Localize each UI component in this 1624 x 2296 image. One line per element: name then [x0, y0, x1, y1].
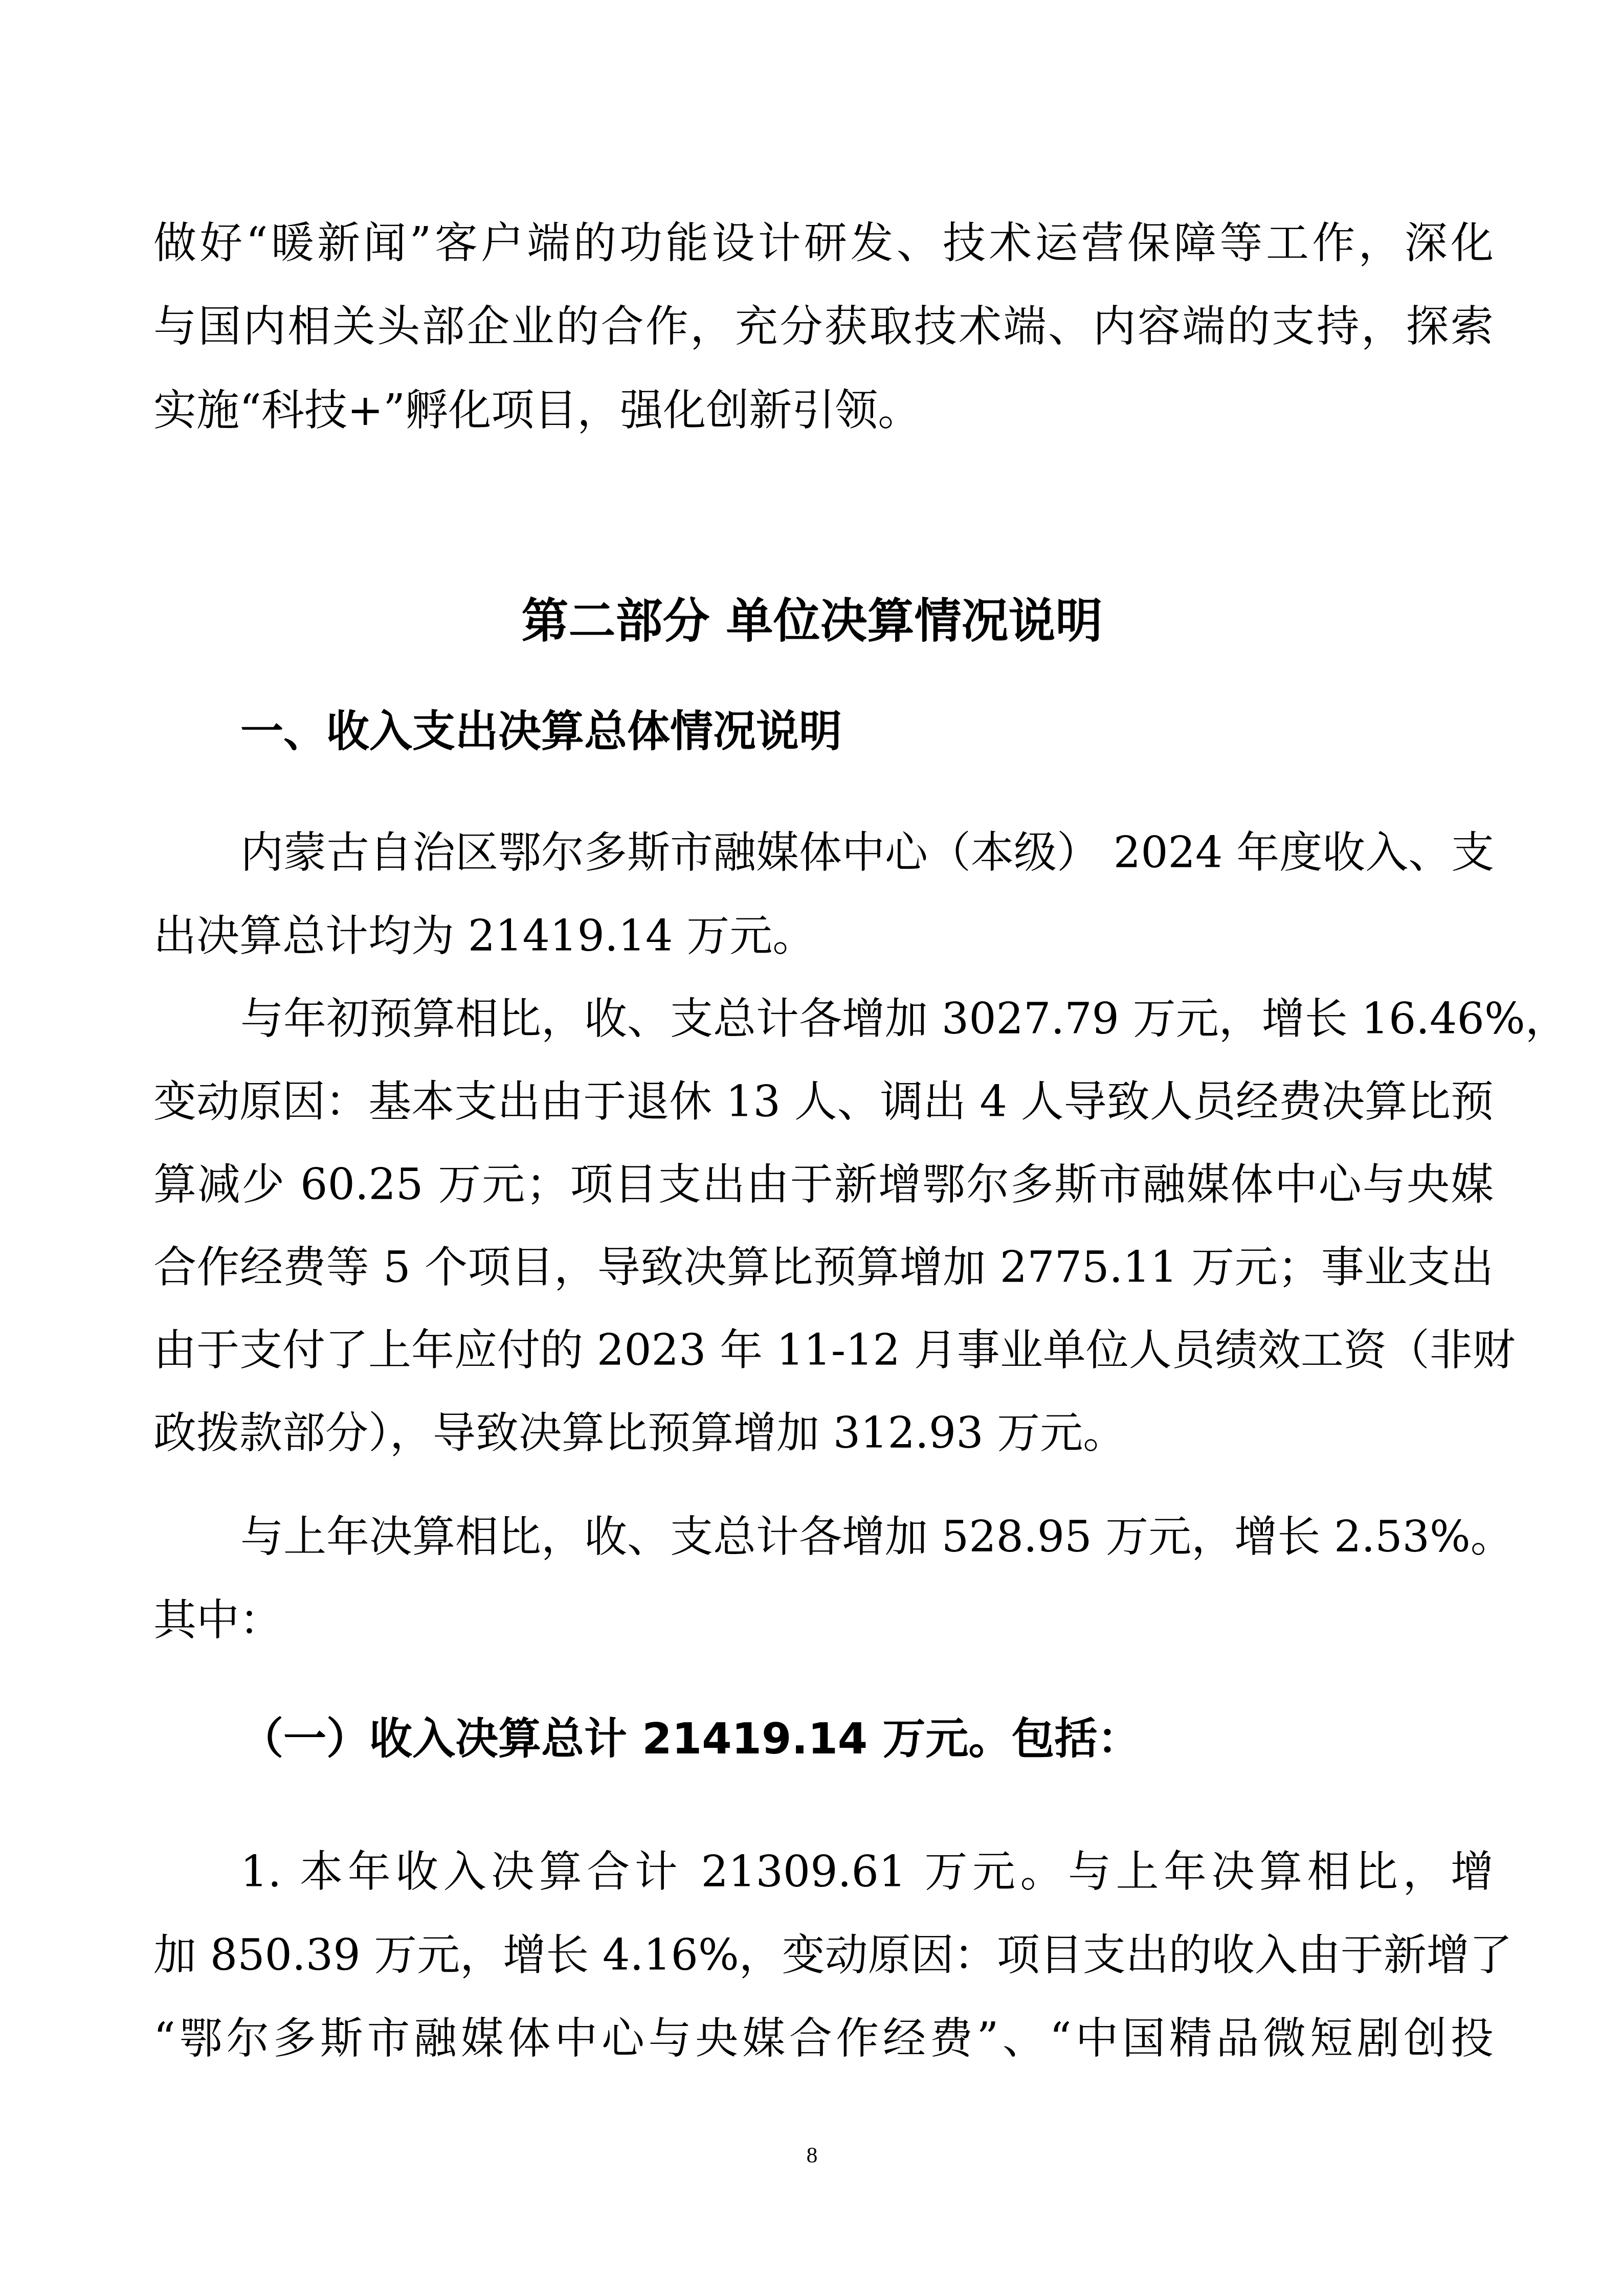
body-text-line: 其中： — [153, 1594, 1494, 1646]
body-text-line: 政拨款部分），导致决算比预算增加 312.93 万元。 — [153, 1407, 1494, 1458]
body-text-line: 变动原因：基本支出由于退休 13 人、调出 4 人导致人员经费决算比预 — [153, 1076, 1494, 1127]
body-text-line: 1. 本年收入决算合计 21309.61 万元。与上年决算相比，增 — [240, 1846, 1494, 1897]
body-text-line: 合作经费等 5 个项目，导致决算比预算增加 2775.11 万元；事业支出 — [153, 1242, 1494, 1293]
body-text-line: “鄂尔多斯市融媒体中心与央媒合作经费”、“中国精品微短剧创投 — [153, 2013, 1494, 2064]
body-text-line: 加 850.39 万元，增长 4.16%，变动原因：项目支出的收入由于新增了 — [153, 1929, 1494, 1980]
section-title: 第二部分 单位决算情况说明 — [0, 593, 1624, 649]
heading-income-expense-overview: 一、收入支出决算总体情况说明 — [240, 706, 842, 757]
body-text-line: 与上年决算相比，收、支总计各增加 528.95 万元，增长 2.53%。 — [240, 1511, 1494, 1562]
body-text-line: 内蒙古自治区鄂尔多斯市融媒体中心（本级） 2024 年度收入、支 — [240, 827, 1494, 878]
body-text-line: 与年初预算相比，收、支总计各增加 3027.79 万元，增长 16.46%， — [240, 993, 1494, 1044]
body-text-line: 出决算总计均为 21419.14 万元。 — [153, 910, 1494, 961]
body-text-line: 算减少 60.25 万元；项目支出由于新增鄂尔多斯市融媒体中心与央媒 — [153, 1159, 1494, 1210]
body-text-line: 实施“科技+”孵化项目，强化创新引领。 — [153, 385, 1494, 436]
body-text-line: 做好“暖新闻”客户端的功能设计研发、技术运营保障等工作，深化 — [153, 217, 1494, 268]
body-text-line: 由于支付了上年应付的 2023 年 11-12 月事业单位人员绩效工资（非财 — [153, 1324, 1494, 1376]
heading-income-total: （一）收入决算总计 21419.14 万元。包括： — [240, 1713, 1141, 1764]
page-number: 8 — [0, 2140, 1624, 2171]
body-text-line: 与国内相关头部企业的合作，充分获取技术端、内容端的支持，探索 — [153, 301, 1494, 352]
